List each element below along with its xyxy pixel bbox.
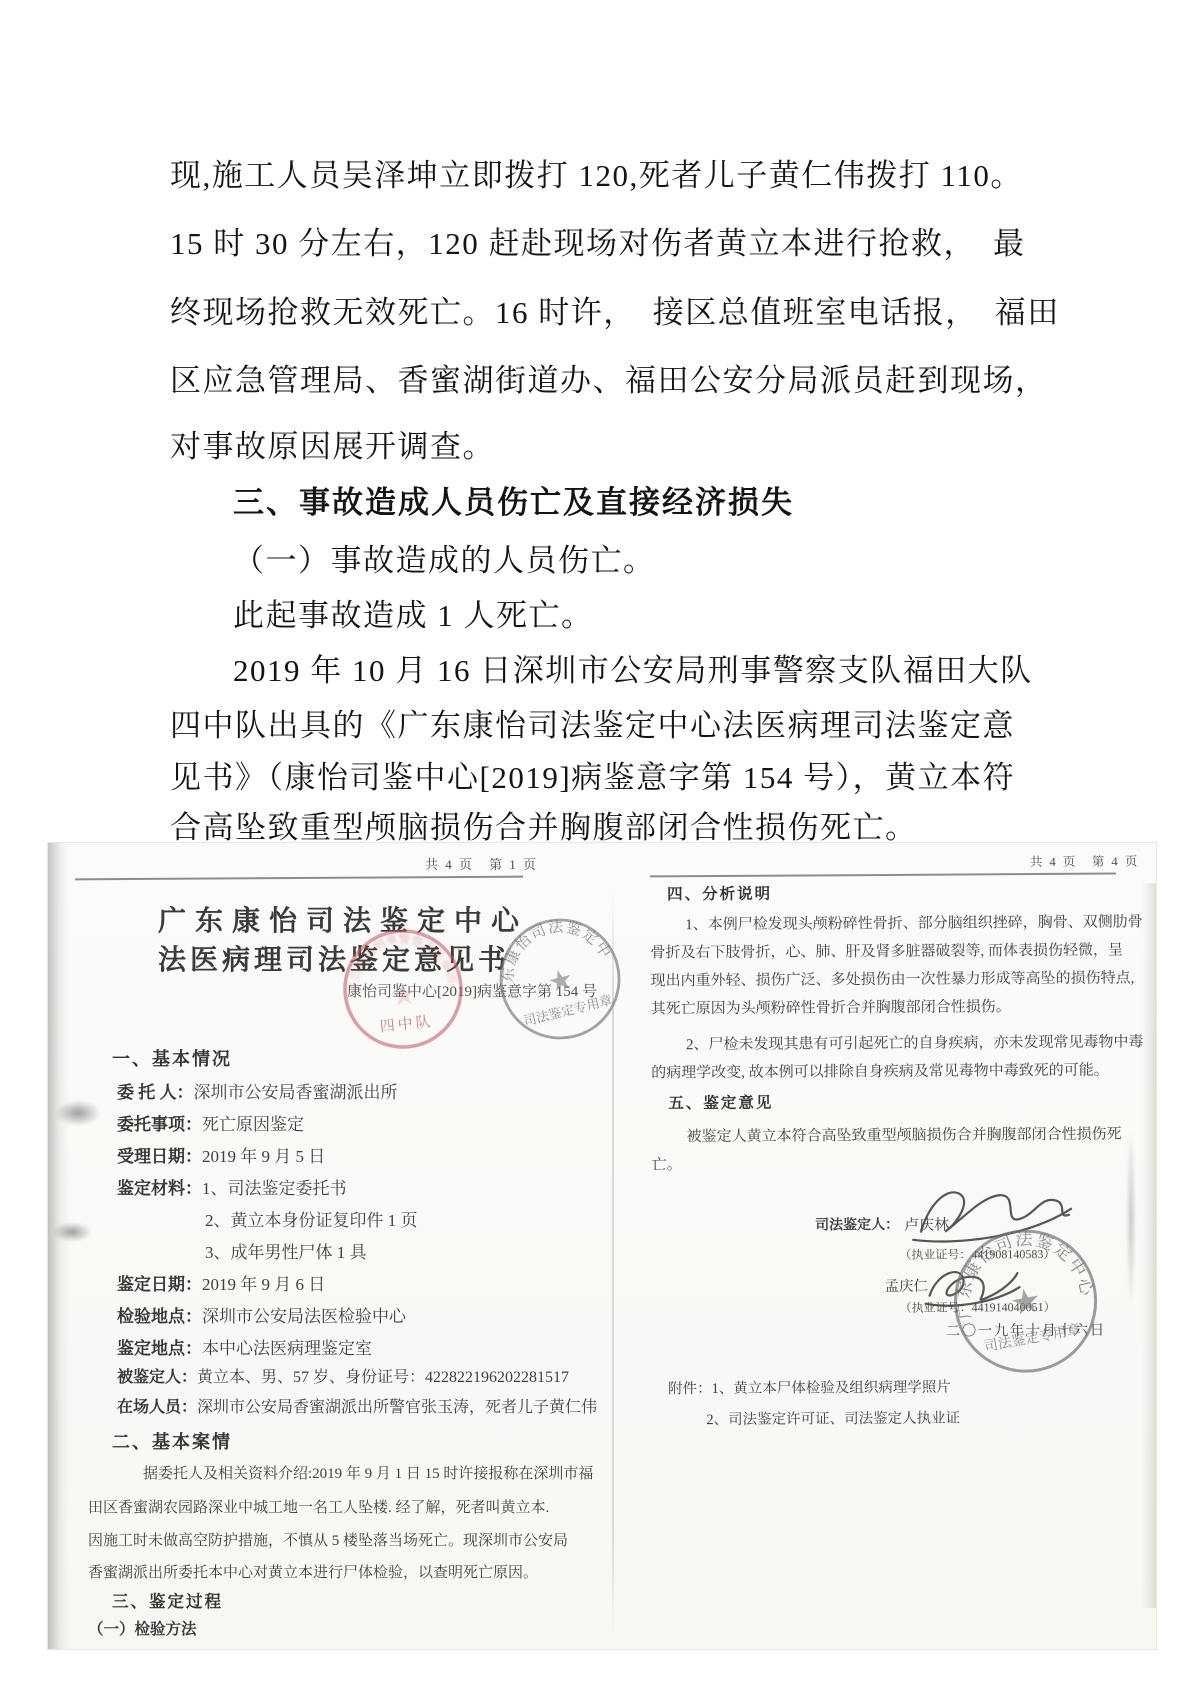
star-icon: ★ [1008, 1282, 1045, 1324]
analysis-line: 现出内重外轻、损伤广泛、多处损伤由一次性暴力形成等高坠的损伤特点, [651, 966, 1135, 990]
opinion-line: 亡。 [652, 1153, 682, 1174]
attachment-line: 2、司法鉴定许可证、司法鉴定人执业证 [706, 1407, 960, 1430]
analysis-line: 骨折及右下肢骨折，心、肺、肝及肾多脏器破裂等, 而体表损伤轻微，呈 [650, 939, 1123, 963]
analysis-line: 其死亡原因为头颅粉碎性骨折合并胸腹部闭合性损伤。 [651, 995, 1011, 1018]
svg-text:司法鉴定专用章: 司法鉴定专用章 [983, 1321, 1082, 1355]
analysis-line: 的病理学改变, 故本例可以排除自身疾病及常见毒物中毒致死的可能。 [651, 1059, 1109, 1083]
police-unit-seal-icon: 深圳市公安局刑事警察支队福田大队 ★ 四中队 [335, 921, 471, 1057]
page4-page-number: 共 4 页 第 4 页 [1030, 851, 1140, 870]
star-icon: ★ [389, 978, 419, 1014]
signer-label: 司法鉴定人： [815, 1214, 899, 1235]
attachment-line: 附件：1、黄立本尸体检验及组织病理学照片 [668, 1376, 951, 1399]
analysis-line: 1、本例尸检发现头颅粉碎性骨折、部分脑组织挫碎，胸骨、双侧肋骨 [685, 910, 1143, 934]
analysis-line: 2、尸检未发现其患有可引起死亡的自身疾病，亦未发现常见毒物中毒 [686, 1030, 1144, 1054]
opinion-line: 被鉴定人黄立本符合高坠致重型颅脑损伤合并胸腹部闭合性损伤死 [686, 1123, 1121, 1147]
page4-header-rule [650, 873, 1116, 878]
page4-wrap: 共 4 页 第 4 页 四、分析说明 1、本例尸检发现头颅粉碎性骨折、部分脑组织… [0, 0, 1199, 1696]
appraisal-center-seal-icon: 广东康怡司法鉴定中心 ★ 司法鉴定专用章 [939, 1215, 1111, 1387]
section4-title: 四、分析说明 [667, 882, 772, 905]
section5-title: 五、鉴定意见 [668, 1091, 773, 1114]
document-page: 现,施工人员吴泽坤立即拨打 120,死者儿子黄仁伟拨打 110。 15 时 30… [0, 0, 1199, 1696]
svg-text:四中队: 四中队 [379, 1013, 434, 1036]
star-icon: ★ [545, 963, 577, 999]
